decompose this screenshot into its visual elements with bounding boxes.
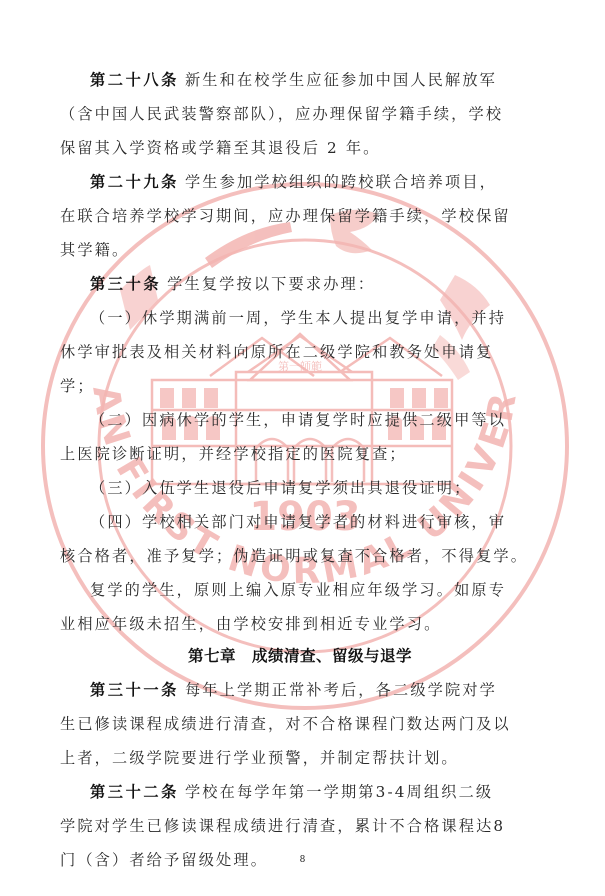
page-number: 8: [0, 855, 605, 865]
article-29-line-3: 其学籍。: [60, 236, 129, 264]
article-30-note-line-1: 复学的学生，原则上编入原专业相应年级学习。如原专: [90, 576, 506, 604]
article-label: 第二十八条: [90, 71, 179, 89]
article-30-item-1-line-2: 休学审批表及相关材料向原所在二级学院和教务处申请复: [60, 338, 493, 366]
article-label: 第三十条: [90, 275, 161, 293]
article-label: 第二十九条: [90, 173, 179, 191]
article-31-line-3: 上者，二级学院要进行学业预警，并制定帮扶计划。: [60, 744, 459, 772]
article-label: 第三十一条: [90, 681, 179, 699]
chapter-heading: 第七章 成绩清查、留级与退学: [60, 642, 540, 670]
article-30-line-1: 第三十条学生复学按以下要求办理：: [90, 270, 375, 298]
article-32-line-2: 学院对学生已修读课程成绩进行清查，累计不合格课程达8: [60, 812, 505, 840]
article-30-item-1-line-3: 学；: [60, 372, 95, 400]
article-28-line-3: 保留其入学资格或学籍至其退役后 2 年。: [60, 134, 381, 162]
article-31-line-1: 第三十一条每年上学期正常补考后，各二级学院对学: [90, 676, 497, 704]
article-label: 第三十二条: [90, 783, 179, 801]
article-30-item-1-line-1: （一）休学期满前一周，学生本人提出复学申请，并持: [90, 304, 506, 332]
article-30-note-line-2: 业相应年级未招生，由学校安排到相近专业学习。: [60, 610, 441, 638]
article-29-line-1: 第二十九条学生参加学校组织的跨校联合培养项目，: [90, 168, 497, 196]
article-30-item-2-line-1: （二）因病休学的学生，申请复学时应提供二级甲等以: [90, 406, 506, 434]
article-28-line-1: 第二十八条新生和在校学生应征参加中国人民解放军: [90, 66, 497, 94]
article-30-item-4-line-2: 核合格者，准予复学；伪造证明或复查不合格者，不得复学。: [60, 542, 528, 570]
article-30-item-3: （三）入伍学生退役后申请复学须出具退役证明；: [90, 474, 471, 502]
article-29-line-2: 在联合培养学校学习期间，应办理保留学籍手续，学校保留: [60, 202, 511, 230]
article-30-item-4-line-1: （四）学校相关部门对申请复学者的材料进行审核，审: [90, 508, 506, 536]
article-32-line-1: 第三十二条学校在每学年第一学期第3-4周组织二级: [90, 778, 493, 806]
article-31-line-2: 生已修读课程成绩进行清查，对不合格课程门数达两门及以: [60, 710, 511, 738]
article-30-item-2-line-2: 上医院诊断证明，并经学校指定的医院复查；: [60, 440, 407, 468]
article-28-line-2: （含中国人民武装警察部队），应办理保留学籍手续，学校: [60, 100, 503, 128]
document-page: 1903 HUNAN FIRST NORMAL UNIVERSITY 第一師範 …: [0, 0, 605, 896]
